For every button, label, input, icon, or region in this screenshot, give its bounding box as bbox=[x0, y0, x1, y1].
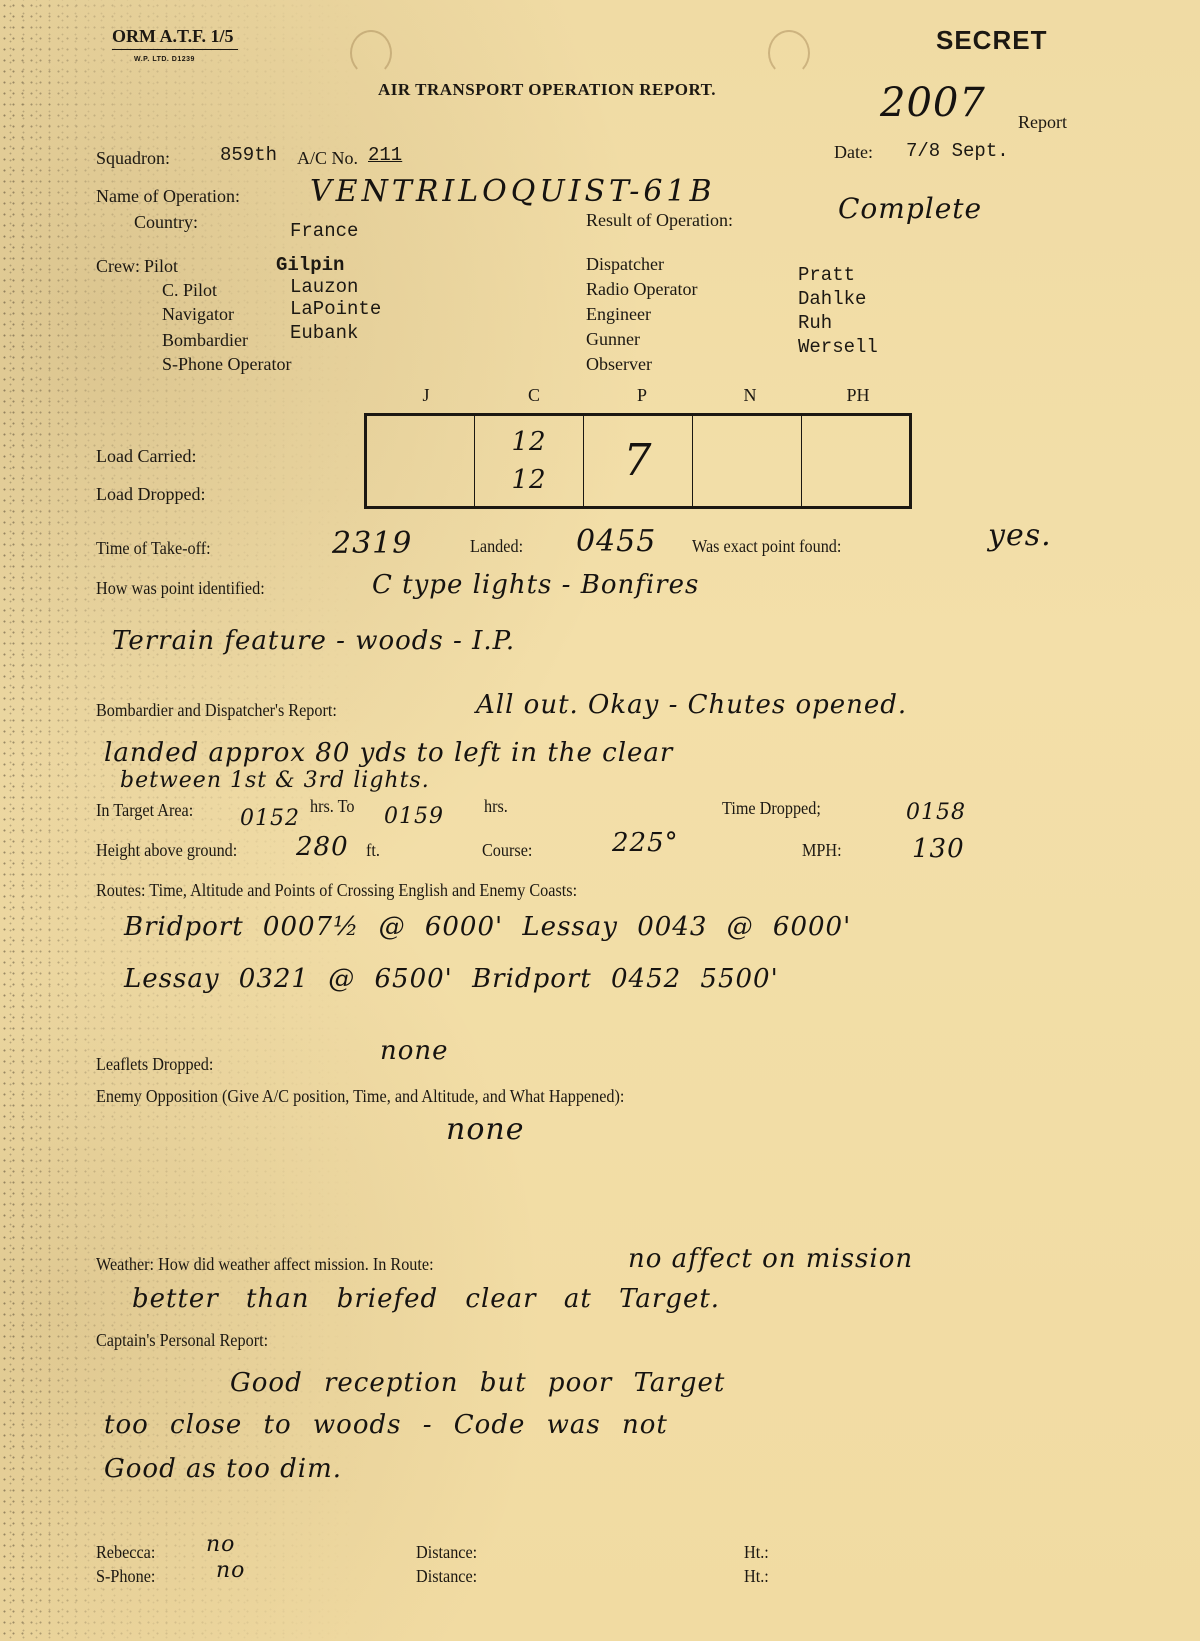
report-number: 2007 bbox=[880, 80, 986, 126]
identification-line1: C type lights - Bonfires bbox=[372, 570, 699, 600]
takeoff-label: Time of Take-off: bbox=[96, 538, 211, 559]
classification-stamp: SECRET bbox=[936, 25, 1047, 56]
crew-role-dispatcher: Dispatcher bbox=[586, 254, 664, 275]
crew-name-radio-operator: Dahlke bbox=[798, 288, 866, 310]
report-page: ORM A.T.F. 1/5 W.P. LTD. D1239 AIR TRANS… bbox=[0, 0, 1200, 1641]
load-carried-c: 12 bbox=[511, 423, 546, 461]
captain-report-label: Captain's Personal Report: bbox=[96, 1330, 268, 1351]
country-value: France bbox=[290, 220, 358, 242]
crew-role-bombardier: Bombardier bbox=[162, 330, 248, 351]
opposition-label: Enemy Opposition (Give A/C position, Tim… bbox=[96, 1086, 624, 1107]
mph-label: MPH: bbox=[802, 840, 842, 861]
load-cell-ph bbox=[802, 415, 911, 508]
form-number: ORM A.T.F. 1/5 bbox=[112, 26, 238, 50]
weather-line1: no affect on mission bbox=[628, 1244, 913, 1274]
time-dropped-label: Time Dropped; bbox=[722, 798, 821, 819]
load-cell-c: 1212 bbox=[475, 415, 584, 508]
sphone-label: S-Phone: bbox=[96, 1566, 155, 1587]
crew-name-engineer: Ruh bbox=[798, 312, 832, 334]
height-label: Height above ground: bbox=[96, 840, 237, 861]
routes-line2: Lessay 0321 @ 6500' Bridport 0452 5500' bbox=[124, 964, 779, 994]
rebecca-label: Rebecca: bbox=[96, 1542, 155, 1563]
punch-hole-right bbox=[768, 30, 810, 76]
crew-role-sphone-operator: S-Phone Operator bbox=[162, 354, 291, 375]
load-dropped-c: 12 bbox=[511, 461, 546, 499]
drop-report-line2: landed approx 80 yds to left in the clea… bbox=[104, 738, 673, 768]
load-cell-j bbox=[366, 415, 475, 508]
load-col-p: P bbox=[588, 385, 696, 406]
report-label: Report bbox=[1018, 112, 1067, 133]
country-label: Country: bbox=[134, 212, 198, 233]
date-value: 7/8 Sept. bbox=[906, 140, 1009, 162]
weather-label: Weather: How did weather affect mission.… bbox=[96, 1254, 434, 1275]
routes-line1: Bridport 0007½ @ 6000' Lessay 0043 @ 600… bbox=[124, 912, 851, 942]
target-hrs-label: hrs. bbox=[484, 796, 508, 817]
crew-role-observer: Observer bbox=[586, 354, 652, 375]
point-found-label: Was exact point found: bbox=[692, 536, 841, 557]
crew-name-pilot: Gilpin bbox=[276, 254, 344, 276]
course-value: 225° bbox=[612, 828, 679, 858]
crew-role-pilot: Pilot bbox=[144, 256, 178, 277]
mph-value: 130 bbox=[912, 834, 965, 864]
load-dropped-label: Load Dropped: bbox=[96, 484, 205, 505]
target-to-value: 0159 bbox=[384, 804, 444, 829]
routes-label: Routes: Time, Altitude and Points of Cro… bbox=[96, 880, 577, 901]
height-unit: ft. bbox=[366, 840, 380, 861]
load-table: 1212 7 bbox=[364, 413, 912, 509]
leaflets-label: Leaflets Dropped: bbox=[96, 1054, 213, 1075]
load-carried-p: 7 bbox=[624, 431, 653, 491]
landed-value: 0455 bbox=[576, 524, 656, 559]
load-col-ph: PH bbox=[804, 385, 912, 406]
drop-report-line3: between 1st & 3rd lights. bbox=[120, 768, 430, 793]
identification-line2: Terrain feature - woods - I.P. bbox=[112, 626, 515, 656]
sphone-ht-label: Ht.: bbox=[744, 1566, 769, 1587]
height-value: 280 bbox=[296, 832, 349, 862]
aircraft-value: 211 bbox=[368, 144, 402, 166]
captain-report-line3: Good as too dim. bbox=[104, 1454, 342, 1484]
sphone-value: no bbox=[216, 1558, 245, 1583]
crew-role-engineer: Engineer bbox=[586, 304, 651, 325]
result-value: Complete bbox=[838, 192, 982, 225]
target-hrs-to-label: hrs. To bbox=[310, 796, 354, 817]
squadron-value: 859th bbox=[220, 144, 277, 166]
crew-name-copilot: Lauzon bbox=[290, 276, 358, 298]
landed-label: Landed: bbox=[470, 536, 523, 557]
aircraft-label: A/C No. bbox=[297, 148, 358, 169]
rebecca-distance-label: Distance: bbox=[416, 1542, 477, 1563]
load-cell-p: 7 bbox=[584, 415, 693, 508]
captain-report-line2: too close to woods - Code was not bbox=[104, 1410, 668, 1440]
sphone-distance-label: Distance: bbox=[416, 1566, 477, 1587]
crew-role-copilot: C. Pilot bbox=[162, 280, 217, 301]
punch-hole-left bbox=[350, 30, 392, 76]
crew-name-dispatcher: Pratt bbox=[798, 264, 855, 286]
result-label: Result of Operation: bbox=[586, 210, 733, 231]
drop-report-label: Bombardier and Dispatcher's Report: bbox=[96, 700, 337, 721]
printer-mark: W.P. LTD. D1239 bbox=[134, 56, 195, 63]
operation-name-label: Name of Operation: bbox=[96, 186, 240, 207]
squadron-label: Squadron: bbox=[96, 148, 170, 169]
time-dropped-value: 0158 bbox=[906, 800, 966, 825]
load-carried-label: Load Carried: bbox=[96, 446, 196, 467]
target-area-label: In Target Area: bbox=[96, 800, 193, 821]
leaflets-value: none bbox=[380, 1036, 449, 1066]
drop-report-line1: All out. Okay - Chutes opened. bbox=[476, 690, 907, 720]
weather-line2: better than briefed clear at Target. bbox=[132, 1284, 720, 1314]
crew-name-navigator: LaPointe bbox=[290, 298, 381, 320]
crew-role-navigator: Navigator bbox=[162, 304, 234, 325]
operation-name-value: VENTRILOQUIST-61B bbox=[310, 174, 716, 209]
target-from-value: 0152 bbox=[240, 806, 300, 831]
course-label: Course: bbox=[482, 840, 532, 861]
rebecca-ht-label: Ht.: bbox=[744, 1542, 769, 1563]
captain-report-line1: Good reception but poor Target bbox=[230, 1368, 725, 1398]
crew-name-gunner: Wersell bbox=[798, 336, 878, 358]
crew-name-bombardier: Eubank bbox=[290, 322, 358, 344]
point-found-value: yes. bbox=[988, 518, 1052, 553]
crew-label: Crew: bbox=[96, 256, 140, 277]
opposition-value: none bbox=[446, 1112, 524, 1147]
load-col-n: N bbox=[696, 385, 804, 406]
page-title: AIR TRANSPORT OPERATION REPORT. bbox=[378, 80, 716, 100]
crew-role-radio-operator: Radio Operator bbox=[586, 279, 697, 300]
crew-role-gunner: Gunner bbox=[586, 329, 640, 350]
identification-label: How was point identified: bbox=[96, 578, 265, 599]
load-col-c: C bbox=[480, 385, 588, 406]
takeoff-value: 2319 bbox=[332, 526, 412, 561]
date-label: Date: bbox=[834, 142, 873, 163]
load-col-j: J bbox=[372, 385, 480, 406]
rebecca-value: no bbox=[206, 1532, 235, 1557]
load-cell-n bbox=[693, 415, 802, 508]
